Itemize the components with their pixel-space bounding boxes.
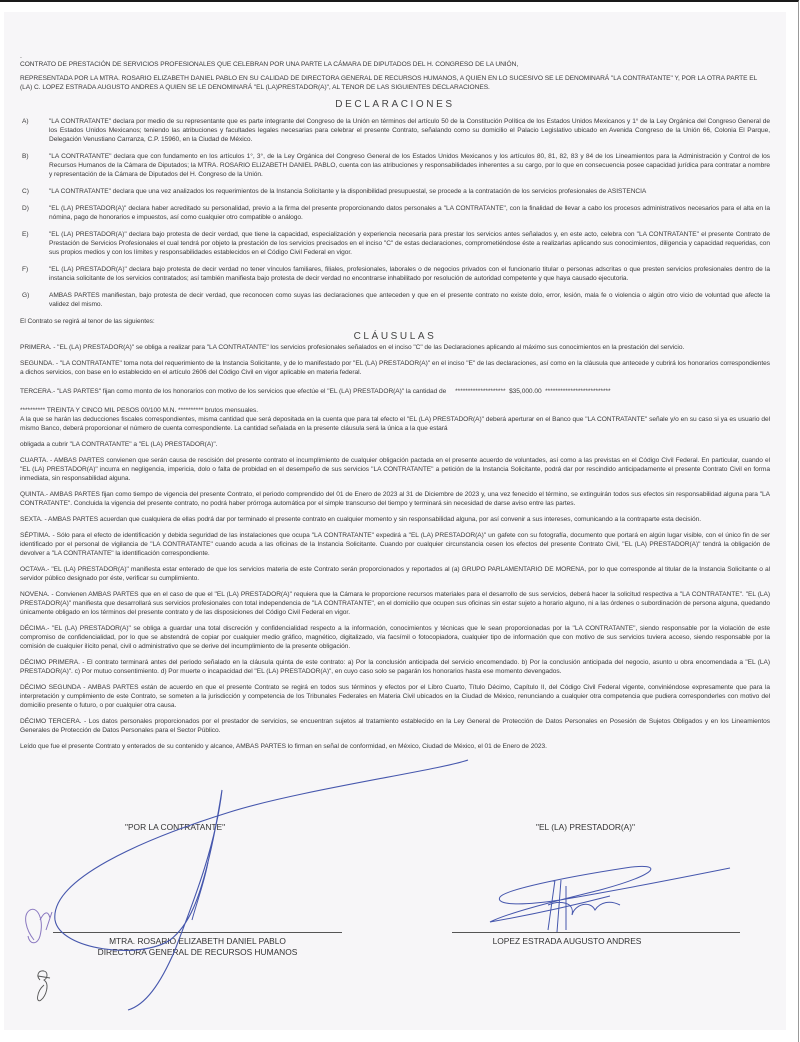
declaracion-item: F)"EL (LA) PRESTADOR(A)" declara bajo pr… [20,265,770,283]
closing-text: Leído que fue el presente Contrato y ent… [20,742,770,751]
declaracion-label: F) [20,265,49,283]
intro-line-1: CONTRATO DE PRESTACIÓN DE SERVICIOS PROF… [20,60,770,69]
tercera-stars-right: ************************** [545,388,610,395]
clause-decima: DÉCIMA.- "EL (LA) PRESTADOR(A)" se oblig… [20,624,770,651]
declaracion-item: G)AMBAS PARTES manifiestan, bajo protest… [20,291,770,309]
contract-intro: . CONTRATO DE PRESTACIÓN DE SERVICIOS PR… [20,52,770,92]
contract-body: . CONTRATO DE PRESTACIÓN DE SERVICIOS PR… [20,52,770,757]
declaracion-text: "EL (LA) PRESTADOR(A)" declara bajo prot… [49,265,770,283]
tercera-stars-left: ******************** [455,388,505,395]
signatory-contratante: MTRA. ROSARIO ELIZABETH DANIEL PABLO DIR… [53,936,342,958]
signatory-prestador-name: LOPEZ ESTRADA AUGUSTO ANDRES [452,936,682,947]
signature-header-prestador: "EL (LA) PRESTADOR(A)" [536,822,635,832]
declaraciones-title: DECLARACIONES [20,100,770,109]
clause-tercera: TERCERA.- "LAS PARTES" fijan como monto … [20,387,770,449]
declaracion-label: E) [20,230,49,257]
tercera-obligada: obligada a cubrir "LA CONTRATANTE" a "EL… [20,440,770,449]
declaracion-label: A) [20,117,49,144]
clause-sexta: SEXTA. - AMBAS PARTES acuerdan que cualq… [20,515,770,524]
declaracion-text: AMBAS PARTES manifiestan, bajo protesta … [49,291,770,309]
signature-line-contratante [53,932,342,933]
signature-section: "POR LA CONTRATANTE" "EL (LA) PRESTADOR(… [0,818,800,978]
clause-cuarta: CUARTA. - AMBAS PARTES convienen que ser… [20,456,770,483]
tercera-line: TERCERA.- "LAS PARTES" fijan como monto … [20,387,770,396]
declaracion-text: "EL (LA) PRESTADOR(A)" declara bajo prot… [49,230,770,257]
declaracion-label: D) [20,204,49,222]
declaracion-item: A)"LA CONTRATANTE" declara por medio de … [20,117,770,144]
signatory-contratante-title: DIRECTORA GENERAL DE RECURSOS HUMANOS [53,947,342,958]
clause-septima: SÉPTIMA. - Sólo para el efecto de identi… [20,531,770,558]
clause-quinta: QUINTA.- AMBAS PARTES fijan como tiempo … [20,490,770,508]
clausulas-list-1: PRIMERA. - "EL (LA) PRESTADOR(A)" se obl… [20,343,770,377]
tercera-deductions: A la que se harán las deducciones fiscal… [20,415,770,433]
clausulas-list-2: CUARTA. - AMBAS PARTES convienen que ser… [20,456,770,735]
tercera-text: TERCERA.- "LAS PARTES" fijan como monto … [20,388,446,395]
declaracion-item: D)"EL (LA) PRESTADOR(A)" declara haber a… [20,204,770,222]
intro-line-2: REPRESENTADA POR LA MTRA. ROSARIO ELIZAB… [20,74,770,92]
tercera-amount: $35,000.00 [509,388,542,395]
clause-octava: OCTAVA.- "EL (LA) PRESTADOR(A)" manifies… [20,565,770,583]
tercera-amount-words: ********** TREINTA Y CINCO MIL PESOS 00/… [20,406,770,415]
declaracion-text: "LA CONTRATANTE" declara que una vez ana… [49,187,770,196]
clause-novena: NOVENA. - Convienen AMBAS PARTES que en … [20,590,770,617]
regira-text: El Contrato se regirá al tenor de las si… [20,317,770,326]
clause-decimo-segunda: DÉCIMO SEGUNDA - AMBAS PARTES están de a… [20,683,770,710]
declaracion-item: C)"LA CONTRATANTE" declara que una vez a… [20,187,770,196]
clausulas-title: CLÁUSULAS [20,332,770,341]
signature-line-prestador [452,932,740,933]
clause-decimo-primera: DÉCIMO PRIMERA. - El contrato terminará … [20,658,770,676]
declaracion-label: B) [20,152,49,179]
declaracion-text: "LA CONTRATANTE" declara que con fundame… [49,152,770,179]
declaracion-text: "LA CONTRATANTE" declara por medio de su… [49,117,770,144]
clause-primera: PRIMERA. - "EL (LA) PRESTADOR(A)" se obl… [20,343,770,352]
declaracion-label: C) [20,187,49,196]
declaraciones-list: A)"LA CONTRATANTE" declara por medio de … [20,117,770,309]
signatory-prestador: LOPEZ ESTRADA AUGUSTO ANDRES [452,936,682,947]
declaracion-item: E)"EL (LA) PRESTADOR(A)" declara bajo pr… [20,230,770,257]
clause-segunda: SEGUNDA. - "LA CONTRATANTE" toma nota de… [20,359,770,377]
intro-dot: . [20,52,770,58]
clause-decimo-tercera: DÉCIMO TERCERA. - Los datos personales p… [20,717,770,735]
declaracion-label: G) [20,291,49,309]
signature-header-contratante: "POR LA CONTRATANTE" [125,822,225,832]
declaracion-text: "EL (LA) PRESTADOR(A)" declara haber acr… [49,204,770,222]
signatory-contratante-name: MTRA. ROSARIO ELIZABETH DANIEL PABLO [53,936,342,947]
declaracion-item: B)"LA CONTRATANTE" declara que con funda… [20,152,770,179]
